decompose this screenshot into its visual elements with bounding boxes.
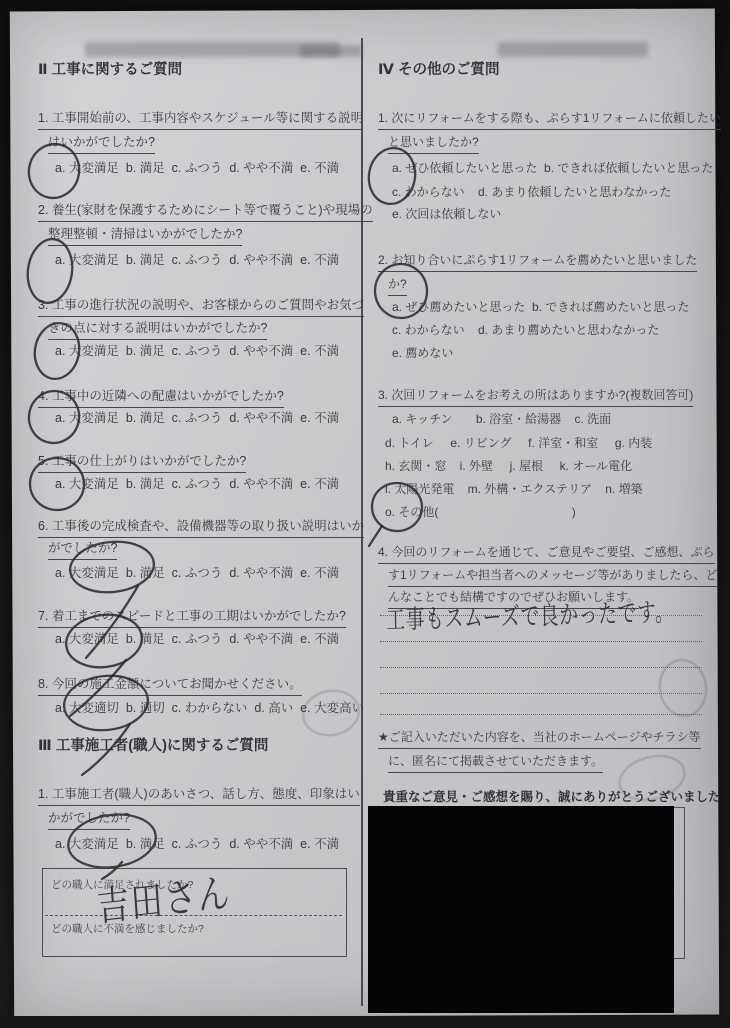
sec4-q3-options-row5: o. その他( ) — [385, 504, 576, 521]
section3-title: Ⅲ 工事施工者(職人)に関するご質問 — [38, 738, 268, 755]
sec4-q1-options-row2: c. わからない d. あまり依頼したいと思わなかった — [392, 184, 671, 201]
sec2-q1-line2: はいかがでしたか? — [48, 134, 155, 154]
sec2-q7-options: a. 大変満足 b. 満足 c. ふつう d. やや不満 e. 不満 — [55, 631, 339, 648]
comment-writing-line — [380, 667, 702, 668]
comment-writing-line — [380, 641, 702, 642]
sec2-q3-line2: きの点に対する説明はいかがでしたか? — [48, 320, 267, 340]
sec2-q5-options: a. 大変満足 b. 満足 c. ふつう d. やや不満 e. 不満 — [55, 476, 339, 493]
sec4-q3-options-row3: h. 玄関・窓 i. 外壁 j. 屋根 k. オール電化 — [385, 458, 632, 475]
sec4-q3-options-row1: a. キッチン b. 浴室・給湯器 c. 洗面 — [392, 411, 611, 428]
sec2-q8-options: a. 大変適切 b. 適切 c. わからない d. 高い e. 大変高い — [55, 700, 364, 717]
thanks-message: 貴重なご意見・ご感想を賜り、誠にありがとうございました — [383, 789, 721, 806]
sec2-q2-options: a. 大変満足 b. 満足 c. ふつう d. やや不満 e. 不満 — [55, 252, 339, 269]
bleed-through-text — [300, 45, 362, 57]
sec4-q1-options-row3: e. 次回は依頼しない — [392, 206, 501, 223]
sec2-q2-line2: 整理整頓・清掃はいかがでしたか? — [48, 226, 242, 246]
sec4-q2-options-row2: c. わからない d. あまり薦めたいと思わなかった — [392, 322, 659, 339]
sec4-q3-options-row2: d. トイレ e. リビング f. 洋室・和室 g. 内装 — [385, 435, 652, 452]
sec4-q3-line1: 3. 次回リフォームをお考えの所はありますか?(複数回答可) — [378, 387, 693, 407]
section4-title: Ⅳ その他のご質問 — [378, 62, 499, 79]
publication-notice-line2: に、匿名にて掲載させていただきます。 — [388, 753, 603, 773]
comment-writing-line — [380, 714, 702, 715]
sec2-q4-line1: 4. 工事中の近隣への配慮はいかがでしたか? — [38, 388, 284, 408]
sec3-q1-options: a. 大変満足 b. 満足 c. ふつう d. やや不満 e. 不満 — [55, 836, 339, 853]
sec4-q3-options-row4: l. 太陽光発電 m. 外構・エクステリア n. 増築 — [385, 481, 643, 498]
sec2-q1-options: a. 大変満足 b. 満足 c. ふつう d. やや不満 e. 不満 — [55, 160, 339, 177]
sec2-q3-line1: 3. 工事の進行状況の説明や、お客様からのご質問やお気づ — [38, 297, 364, 317]
photo-background-bottom — [0, 1016, 730, 1028]
sec4-q2-options-row1: a. ぜひ薦めたいと思った b. できれば薦めたいと思った — [392, 299, 689, 316]
bleed-through-text — [498, 42, 648, 57]
sec2-q4-options: a. 大変満足 b. 満足 c. ふつう d. やや不満 e. 不満 — [55, 410, 339, 427]
redacted-area — [368, 806, 674, 1013]
sec4-q2-line2: か? — [388, 276, 407, 296]
sec4-q4-line2: す1リフォームや担当者へのメッセージ等がありましたら、ど — [388, 567, 717, 587]
section2-title: Ⅱ 工事に関するご質問 — [38, 62, 182, 79]
sec4-q1-line2: と思いましたか? — [388, 134, 479, 154]
sec2-q8-line1: 8. 今回の施工金額についてお聞かせください。 — [38, 676, 302, 696]
survey-photo: Ⅱ 工事に関するご質問 1. 工事開始前の、工事内容やスケジュール等に関する説明… — [0, 0, 730, 1028]
sec2-q6-line2: がでしたか? — [48, 540, 117, 560]
sec2-q3-options: a. 大変満足 b. 満足 c. ふつう d. やや不満 e. 不満 — [55, 343, 339, 360]
comment-writing-line — [380, 693, 702, 694]
sec2-q6-line1: 6. 工事後の完成検査や、設備機器等の取り扱い説明はいか — [38, 518, 364, 538]
publication-notice-line1: ★ご記入いただいた内容を、当社のホームページやチラシ等 — [378, 729, 701, 749]
sec2-q2-line1: 2. 養生(家財を保護するためにシート等で覆うこと)や現場の — [38, 202, 373, 222]
sec4-q4-line1: 4. 今回のリフォームを通じて、ご意見やご要望、ご感想、ぷら — [378, 544, 715, 564]
sec3-q1-line2: かがでしたか? — [48, 810, 130, 830]
sec2-q6-options: a. 大変満足 b. 満足 c. ふつう d. やや不満 e. 不満 — [55, 565, 339, 582]
sec4-q1-line1: 1. 次にリフォームをする際も、ぷらす1リフォームに依頼したい — [378, 110, 721, 130]
sec4-q2-line1: 2. お知り合いにぷらす1リフォームを薦めたいと思いました — [378, 252, 697, 272]
sec4-q2-options-row3: e. 薦めない — [392, 345, 453, 362]
sec4-q1-options-row1: a. ぜひ依頼したいと思った b. できれば依頼したいと思った — [392, 160, 713, 177]
sec2-q7-line1: 7. 着工までのスピードと工事の工期はいかがでしたか? — [38, 608, 346, 628]
sec2-q5-line1: 5. 工事の仕上がりはいかがでしたか? — [38, 453, 246, 473]
sec3-q1-line1: 1. 工事施工者(職人)のあいさつ、話し方、態度、印象はい — [38, 786, 360, 806]
sec2-q1-line1: 1. 工事開始前の、工事内容やスケジュール等に関する説明 — [38, 110, 363, 130]
